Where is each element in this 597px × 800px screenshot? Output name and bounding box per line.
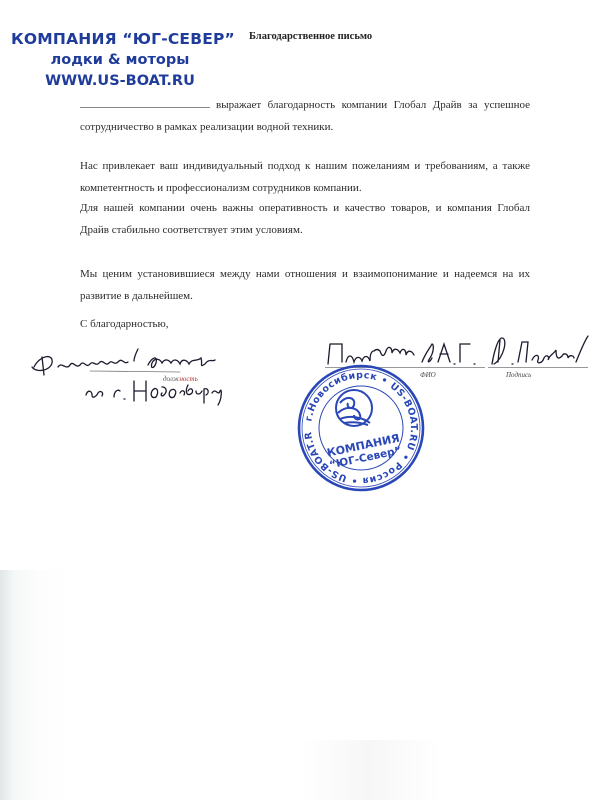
company-website: WWW.US-BOAT.RU bbox=[0, 71, 240, 92]
position-label: должность bbox=[163, 375, 198, 383]
company-name: КОМПАНИЯ “ЮГ-СЕВЕР” bbox=[6, 28, 240, 50]
paragraph-3: Для нашей компании очень важны оперативн… bbox=[80, 197, 530, 241]
signature-underline bbox=[488, 367, 588, 368]
company-tagline: лодки & моторы bbox=[0, 50, 240, 71]
handwriting-position-icon bbox=[30, 345, 290, 415]
company-stamp: г.Новосибирск • US-BOAT.RU • Россия • US… bbox=[296, 363, 426, 493]
closing-phrase: С благодарностью, bbox=[80, 318, 169, 330]
letterhead: КОМПАНИЯ “ЮГ-СЕВЕР” лодки & моторы WWW.U… bbox=[0, 28, 240, 92]
signature-label: Подпись bbox=[506, 371, 531, 379]
document-title: Благодарственное письмо bbox=[249, 31, 372, 42]
paragraph-1: выражает благодарность компании Глобал Д… bbox=[80, 94, 530, 138]
paragraph-2: Нас привлекает ваш индивидуальный подход… bbox=[80, 155, 530, 199]
scan-artifact bbox=[0, 570, 70, 800]
blank-fill-line bbox=[80, 97, 210, 108]
stamp-seal-icon: г.Новосибирск • US-BOAT.RU • Россия • US… bbox=[296, 363, 426, 493]
handwritten-position bbox=[30, 345, 290, 415]
paragraph-4: Мы ценим установившиеся между нами отнош… bbox=[80, 263, 530, 307]
scan-artifact bbox=[300, 740, 440, 800]
